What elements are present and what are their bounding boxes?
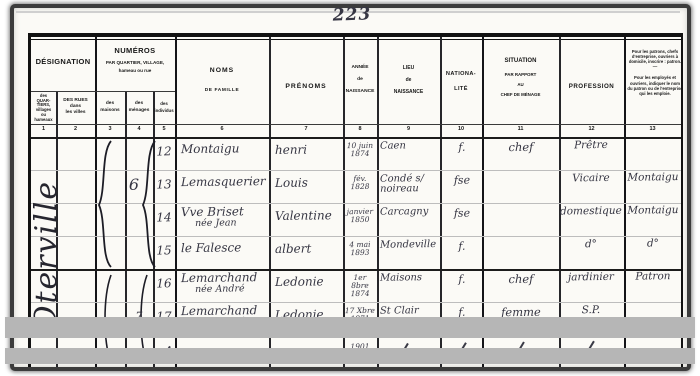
col-number-1: 1 bbox=[31, 126, 56, 132]
cell-annee: fév. 1828 bbox=[344, 175, 376, 191]
cell-situation bbox=[485, 206, 557, 207]
cell-nationalite: f. bbox=[443, 272, 481, 285]
cell-individu: 15 bbox=[151, 243, 177, 257]
header-prenoms: PRÉNOMS bbox=[269, 83, 343, 90]
col-number-7: 7 bbox=[269, 126, 343, 132]
header-bottom-line bbox=[31, 124, 681, 125]
col-number-9: 9 bbox=[377, 126, 440, 132]
col-number-3: 3 bbox=[95, 126, 125, 132]
col-number-5: 5 bbox=[153, 126, 175, 132]
header-designation: DÉSIGNATION bbox=[31, 57, 95, 66]
table-top-double-line bbox=[31, 39, 681, 40]
col-number-6: 6 bbox=[175, 126, 269, 132]
cell-profession: domestique bbox=[560, 205, 622, 218]
col-number-4: 4 bbox=[125, 126, 153, 132]
header-situation-sub: PAR RAPPORT AU CHEF DE MÉNAGE bbox=[482, 70, 559, 100]
cell-patron: Patron bbox=[625, 270, 681, 283]
cell-lieu: Maisons bbox=[380, 273, 438, 283]
cell-patron bbox=[625, 138, 681, 139]
col-number-10: 10 bbox=[440, 126, 482, 132]
subheader-menages: des ménages bbox=[125, 101, 153, 114]
patron-note-divider: — bbox=[627, 64, 683, 70]
cell-individu: 14 bbox=[151, 210, 177, 224]
cell-profession: jardinier bbox=[560, 271, 622, 284]
cell-nom: Vve Brisetnée Jean bbox=[181, 206, 269, 229]
cell-prenom: henri bbox=[275, 142, 341, 157]
header-nationalite: NATIONA- LITÉ bbox=[440, 67, 482, 97]
cell-profession: Prêtre bbox=[560, 139, 622, 152]
header-numeros: NUMÉROS bbox=[95, 46, 175, 55]
cell-prenom: Louis bbox=[275, 175, 341, 190]
patron-note-para2: Pour les employés et ouvriers, indiquer … bbox=[627, 75, 682, 95]
cell-lieu: Carcagny bbox=[380, 207, 438, 217]
cell-individu: 12 bbox=[151, 144, 177, 158]
cell-patron: d° bbox=[625, 237, 681, 250]
cell-profession: Vicaire bbox=[560, 172, 622, 185]
cell-lieu: Mondeville bbox=[380, 240, 438, 250]
header-noms-line2: DE FAMILLE bbox=[175, 88, 269, 93]
header-situation: SITUATIONPAR RAPPORT AU CHEF DE MÉNAGE bbox=[482, 58, 559, 100]
cell-situation: chef bbox=[485, 140, 557, 155]
cell-individu: 13 bbox=[151, 177, 177, 191]
header-patron-note: Pour les patrons, chefs d'entreprise, ou… bbox=[627, 44, 683, 96]
patron-note-para1: Pour les patrons, chefs d'entreprise, ou… bbox=[629, 49, 681, 64]
nom-line2: née Jean bbox=[181, 217, 269, 229]
nom-line2: née André bbox=[181, 283, 269, 295]
page-number: 223 bbox=[322, 4, 383, 26]
subheader-rues: DES RUES dans les villes bbox=[56, 98, 95, 116]
cell-profession: S.P. bbox=[560, 304, 622, 317]
cell-nationalite: fse bbox=[443, 173, 481, 186]
header-numeros-subtitle2: hameau ou rue bbox=[95, 68, 175, 73]
cell-annee: 1er 8bre 1874 bbox=[344, 274, 376, 298]
cell-patron: Montaigu bbox=[625, 171, 681, 184]
cell-nom: le Falesce bbox=[181, 242, 269, 254]
cell-prenom: Valentine bbox=[275, 208, 341, 223]
cell-annee: 4 mai 1893 bbox=[344, 241, 376, 257]
col-number-12: 12 bbox=[559, 126, 624, 132]
cell-situation bbox=[485, 239, 557, 240]
cell-prenom: albert bbox=[275, 241, 341, 256]
cell-situation: chef bbox=[485, 272, 557, 287]
subheader-individus: des individus bbox=[153, 101, 175, 114]
cell-situation bbox=[485, 173, 557, 174]
censor-bar bbox=[5, 317, 695, 338]
cell-lieu: Condé s/ noireau bbox=[380, 174, 438, 194]
cell-nom: Lemarchandnée André bbox=[181, 272, 269, 295]
subheader-top-line bbox=[31, 91, 175, 92]
cell-nom: Montaigu bbox=[181, 143, 269, 155]
cell-nationalite: f. bbox=[443, 239, 481, 252]
cell-patron: Montaigu bbox=[625, 204, 681, 217]
col-number-13: 13 bbox=[624, 126, 681, 132]
header-noms-line1: NOMS bbox=[210, 67, 234, 74]
header-lieu-naissance: LIEU de NAISSANCE bbox=[377, 62, 440, 98]
cell-nom: Lemasquerier bbox=[181, 176, 269, 188]
col-number-8: 8 bbox=[343, 126, 377, 132]
header-numeros-subtitle: PAR QUARTIER, VILLAGE, bbox=[95, 60, 175, 65]
cell-nationalite: f. bbox=[443, 140, 481, 153]
header-profession: PROFESSION bbox=[559, 83, 624, 90]
cell-lieu: St Clair bbox=[380, 306, 438, 316]
cell-annee: 10 juin 1874 bbox=[344, 142, 376, 158]
cell-nationalite: fse bbox=[443, 206, 481, 219]
col-number-11: 11 bbox=[482, 126, 559, 132]
scanned-census-page: 223 DÉSIGNATION NUMÉROS PAR QUARTIER, VI… bbox=[0, 0, 700, 376]
cell-prenom: Ledonie bbox=[275, 274, 341, 289]
cell-annee: janvier 1850 bbox=[344, 208, 376, 224]
col-number-2: 2 bbox=[56, 126, 95, 132]
cell-individu: 16 bbox=[151, 276, 177, 290]
header-situation-title: SITUATION bbox=[505, 58, 537, 64]
header-noms: NOMSDE FAMILLE bbox=[175, 67, 269, 93]
subheader-quartiers: des QUAR- TIERS, villages ou hameaux bbox=[31, 94, 56, 122]
subheader-maisons: des maisons bbox=[95, 101, 125, 114]
header-annee-naissance: ANNÉE de NAISSANCE bbox=[343, 62, 377, 98]
cell-lieu: Caen bbox=[380, 141, 438, 151]
cell-profession: d° bbox=[560, 238, 622, 251]
censor-bar bbox=[5, 348, 695, 364]
cell-patron bbox=[625, 303, 681, 304]
